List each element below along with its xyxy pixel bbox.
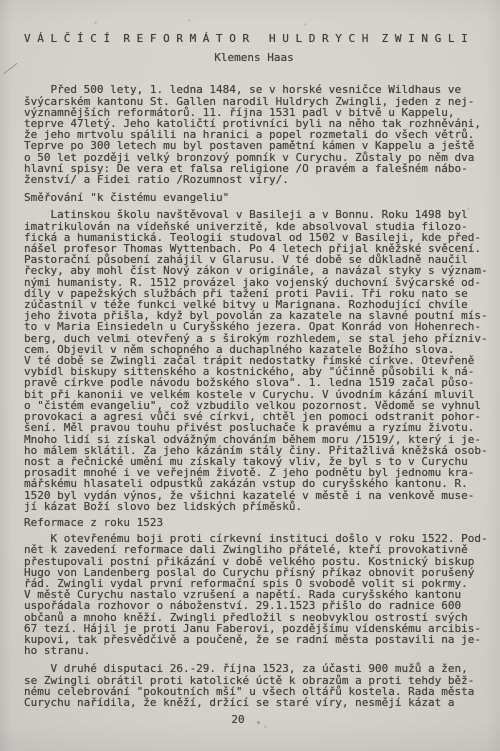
scan-speck-artifacts	[0, 0, 1, 1]
section-heading-reformation-1523: Reformace z roku 1523	[24, 517, 484, 528]
paragraph-education-and-zurich: Latinskou školu navštěvoval v Basileji a…	[24, 209, 484, 511]
paragraph-second-disputation: V druhé disputaci 26.-29. října 1523, za…	[24, 663, 484, 708]
page-number: 20	[8, 714, 468, 725]
paragraph-birth-and-death: Před 500 lety, 1. ledna 1484, se v horsk…	[24, 84, 484, 185]
paragraph-first-disputation: K otevřenému boji proti církevní institu…	[24, 533, 484, 656]
scanned-page: V Á L Č Í C Í R E F O R M Á T O R H U L …	[0, 0, 500, 751]
section-heading-pure-gospel: Směřování "k čistému evangeliu"	[24, 192, 484, 203]
author-byline: Klemens Haas	[24, 52, 484, 63]
document-title: V Á L Č Í C Í R E F O R M Á T O R H U L …	[24, 33, 484, 44]
